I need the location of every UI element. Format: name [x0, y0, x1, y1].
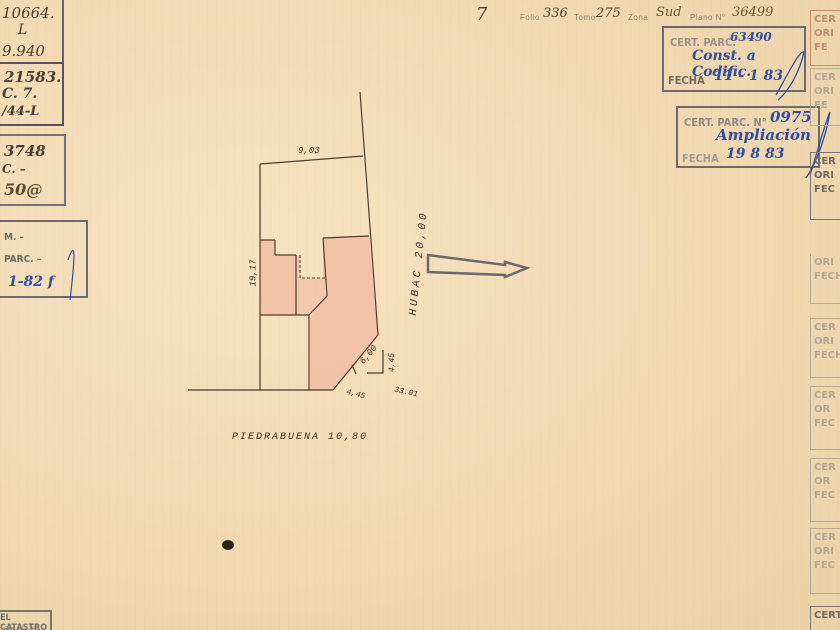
top-dimension: 9,03: [298, 146, 320, 156]
lot-plan-drawing: [0, 0, 840, 630]
catastro-sub: Exp. – L. 360: [4, 626, 39, 630]
corner-vertical-dim: 4,45: [388, 353, 397, 372]
street-name-bottom: PIEDRABUENA 10,80: [232, 432, 368, 443]
ink-spot: [222, 540, 234, 550]
catastro-stamp: EL CATASTRO Exp. – L. 360: [0, 610, 52, 630]
north-arrow-icon: [428, 255, 527, 277]
left-dimension: 19,17: [249, 259, 259, 286]
